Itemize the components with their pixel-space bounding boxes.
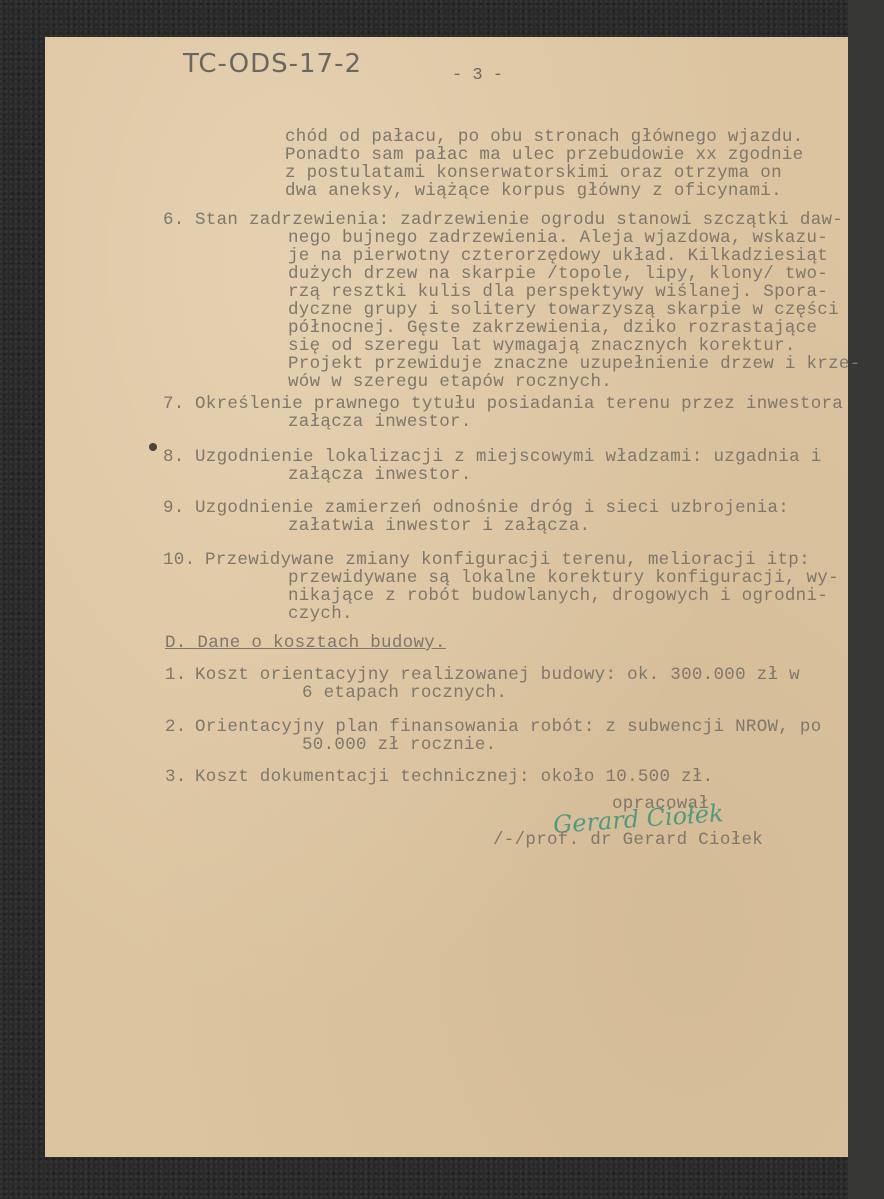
item-6-line: nego bujnego zadrzewienia. Aleja wjazdow… xyxy=(288,230,828,247)
item-6-line: się od szeregu lat wymagają znacznych ko… xyxy=(288,338,796,355)
scanner-edge-strip xyxy=(848,0,884,1199)
item-6-line: dyczne grupy i solitery towarzyszą skarp… xyxy=(288,302,839,319)
cost-1-number: 1. xyxy=(165,667,187,684)
ink-spot xyxy=(149,443,157,451)
typed-signatory-name: /-/prof. dr Gerard Ciołek xyxy=(493,832,763,849)
item-10-line: nikające z robót budowlanych, drogowych … xyxy=(288,588,828,605)
item-9-number: 9. xyxy=(163,500,185,517)
item-8-line: Uzgodnienie lokalizacji z miejscowymi wł… xyxy=(195,449,822,466)
item-6-number: 6. xyxy=(163,212,185,229)
item-6-line: dużych drzew na skarpie /topole, lipy, k… xyxy=(288,266,828,283)
intro-line: z postulatami konserwatorskimi oraz otrz… xyxy=(285,165,782,182)
item-10-line: Przewidywane zmiany konfiguracji terenu,… xyxy=(205,552,810,569)
item-6-line: Projekt przewiduje znaczne uzupełnienie … xyxy=(288,356,861,373)
item-10-number: 10. xyxy=(163,552,195,569)
page-number: - 3 - xyxy=(452,66,503,85)
item-7-number: 7. xyxy=(163,396,185,413)
item-6-line: wów w szeregu etapów rocznych. xyxy=(288,374,612,391)
cost-3-line: Koszt dokumentacji technicznej: około 10… xyxy=(195,769,713,786)
item-7-line: Określenie prawnego tytułu posiadania te… xyxy=(195,396,843,413)
cost-2-line: 50.000 zł rocznie. xyxy=(302,737,496,754)
item-8-line: załącza inwestor. xyxy=(288,467,472,484)
item-9-line: załatwia inwestor i załącza. xyxy=(288,518,590,535)
item-9-line: Uzgodnienie zamierzeń odnośnie dróg i si… xyxy=(195,500,789,517)
intro-line: Ponadto sam pałac ma ulec przebudowie xx… xyxy=(285,147,803,164)
item-10-line: czych. xyxy=(288,606,353,623)
item-10-line: przewidywane są lokalne korektury konfig… xyxy=(288,570,839,587)
intro-line: dwa aneksy, wiążące korpus główny z ofic… xyxy=(285,183,782,200)
cost-1-line: 6 etapach rocznych. xyxy=(302,685,507,702)
item-8-number: 8. xyxy=(163,449,185,466)
cost-1-line: Koszt orientacyjny realizowanej budowy: … xyxy=(195,667,800,684)
item-6-line: je na pierwotny czterorzędowy układ. Kil… xyxy=(288,248,828,265)
cost-3-number: 3. xyxy=(165,769,187,786)
item-6-line: północnej. Gęste zakrzewienia, dziko roz… xyxy=(288,320,817,337)
item-7-line: załącza inwestor. xyxy=(288,414,472,431)
cost-2-line: Orientacyjny plan finansowania robót: z … xyxy=(195,719,822,736)
item-6-line: Stan zadrzewienia: zadrzewienie ogrodu s… xyxy=(195,212,843,229)
section-d-heading: D. Dane o kosztach budowy. xyxy=(165,635,446,652)
archive-reference: TC-ODS-17-2 xyxy=(183,49,362,79)
intro-line: chód od pałacu, po obu stronach głównego… xyxy=(285,129,803,146)
item-6-line: rzą resztki kulis dla perspektywy wiślan… xyxy=(288,284,828,301)
document-page: TC-ODS-17-2 - 3 - chód od pałacu, po obu… xyxy=(45,37,848,1157)
cost-2-number: 2. xyxy=(165,719,187,736)
